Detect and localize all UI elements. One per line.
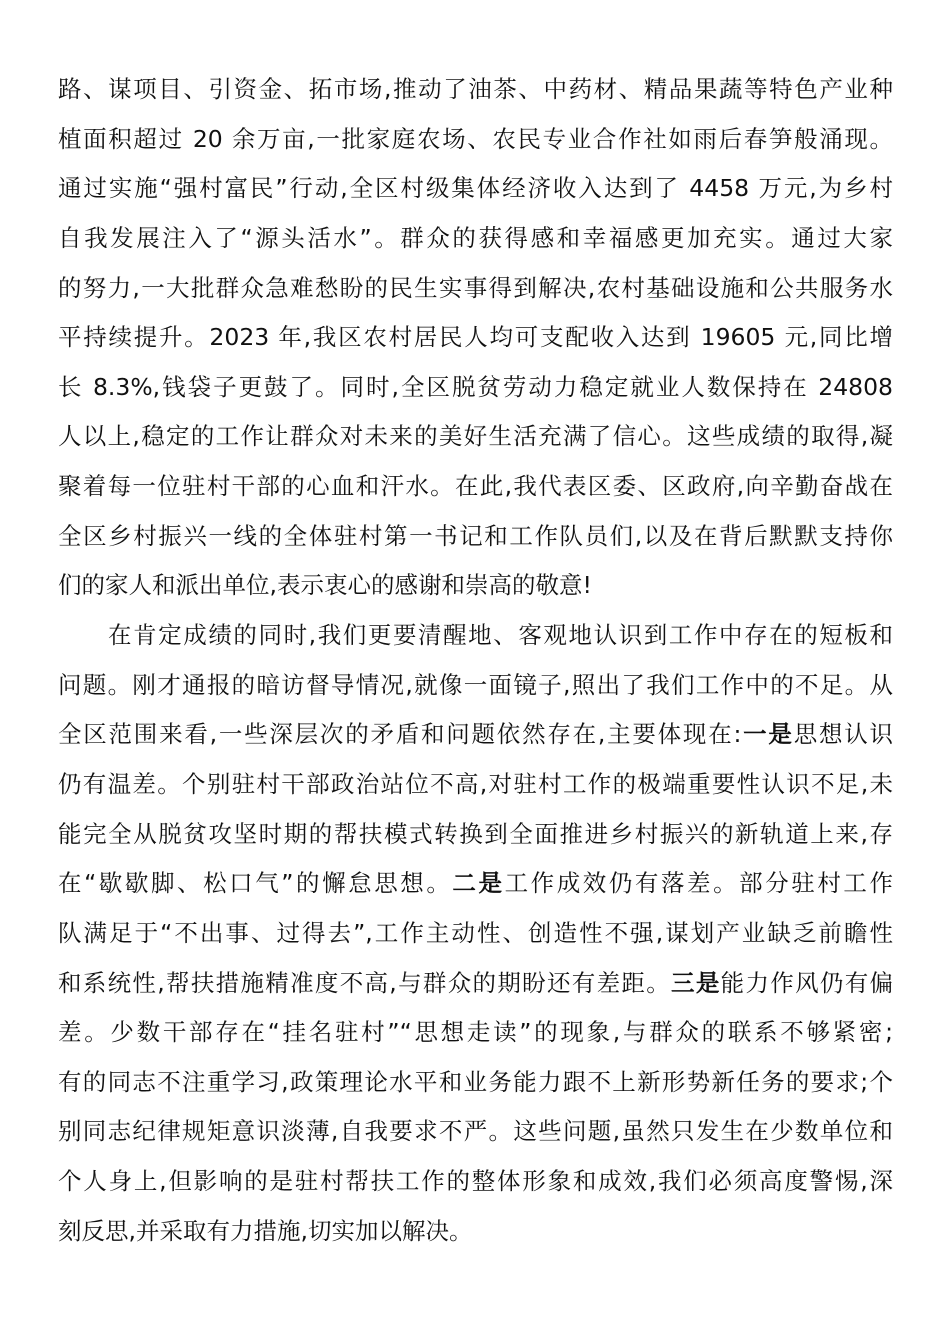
text-line: 全区乡村振兴一线的全体驻村第一书记和工作队员们,以及在背后默默支持你 — [58, 512, 893, 562]
text-line: 在“歇歇脚、松口气”的懈怠思想。二是工作成效仍有落差。部分驻村工作 — [58, 859, 893, 909]
document-page: 路、谋项目、引资金、拓市场,推动了油茶、中药材、精品果蔬等特色产业种 植面积超过… — [58, 65, 893, 1256]
text-line: 在肯定成绩的同时,我们更要清醒地、客观地认识到工作中存在的短板和 — [58, 611, 893, 661]
text-line: 和系统性,帮扶措施精准度不高,与群众的期盼还有差距。三是能力作风仍有偏 — [58, 959, 893, 1009]
text-line: 聚着每一位驻村干部的心血和汗水。在此,我代表区委、区政府,向辛勤奋战在 — [58, 462, 893, 512]
paragraph-problems: 在肯定成绩的同时,我们更要清醒地、客观地认识到工作中存在的短板和 问题。刚才通报… — [58, 611, 893, 1256]
text-line: 有的同志不注重学习,政策理论水平和业务能力跟不上新形势新任务的要求;个 — [58, 1058, 893, 1108]
text-line: 仍有温差。个别驻村干部政治站位不高,对驻村工作的极端重要性认识不足,未 — [58, 760, 893, 810]
text-line: 差。少数干部存在“挂名驻村”“思想走读”的现象,与群众的联系不够紧密; — [58, 1008, 893, 1058]
text-line: 全区范围来看,一些深层次的矛盾和问题依然存在,主要体现在:一是思想认识 — [58, 710, 893, 760]
text-line: 能完全从脱贫攻坚时期的帮扶模式转换到全面推进乡村振兴的新轨道上来,存 — [58, 810, 893, 860]
text-line: 们的家人和派出单位,表示衷心的感谢和崇高的敬意! — [58, 561, 893, 611]
text-line: 刻反思,并采取有力措施,切实加以解决。 — [58, 1207, 893, 1257]
text-line: 人以上,稳定的工作让群众对未来的美好生活充满了信心。这些成绩的取得,凝 — [58, 412, 893, 462]
text-line: 自我发展注入了“源头活水”。群众的获得感和幸福感更加充实。通过大家 — [58, 214, 893, 264]
paragraph-achievements: 路、谋项目、引资金、拓市场,推动了油茶、中药材、精品果蔬等特色产业种 植面积超过… — [58, 65, 893, 611]
text-line: 队满足于“不出事、过得去”,工作主动性、创造性不强,谋划产业缺乏前瞻性 — [58, 909, 893, 959]
bold-marker-second: 二是 — [452, 869, 504, 897]
text-line: 个人身上,但影响的是驻村帮扶工作的整体形象和成效,我们必须高度警惕,深 — [58, 1157, 893, 1207]
text-line: 路、谋项目、引资金、拓市场,推动了油茶、中药材、精品果蔬等特色产业种 — [58, 65, 893, 115]
text-line: 别同志纪律规矩意识淡薄,自我要求不严。这些问题,虽然只发生在少数单位和 — [58, 1107, 893, 1157]
text-line: 植面积超过 20 余万亩,一批家庭农场、农民专业合作社如雨后春笋般涌现。 — [58, 115, 893, 165]
bold-marker-third: 三是 — [671, 969, 721, 997]
text-line: 平持续提升。2023 年,我区农村居民人均可支配收入达到 19605 元,同比增 — [58, 313, 893, 363]
text-line: 长 8.3%,钱袋子更鼓了。同时,全区脱贫劳动力稳定就业人数保持在 24808 — [58, 363, 893, 413]
text-line: 的努力,一大批群众急难愁盼的民生实事得到解决,农村基础设施和公共服务水 — [58, 264, 893, 314]
text-line: 问题。刚才通报的暗访督导情况,就像一面镜子,照出了我们工作中的不足。从 — [58, 661, 893, 711]
bold-marker-first: 一是 — [741, 720, 793, 748]
text-line: 通过实施“强村富民”行动,全区村级集体经济收入达到了 4458 万元,为乡村 — [58, 164, 893, 214]
